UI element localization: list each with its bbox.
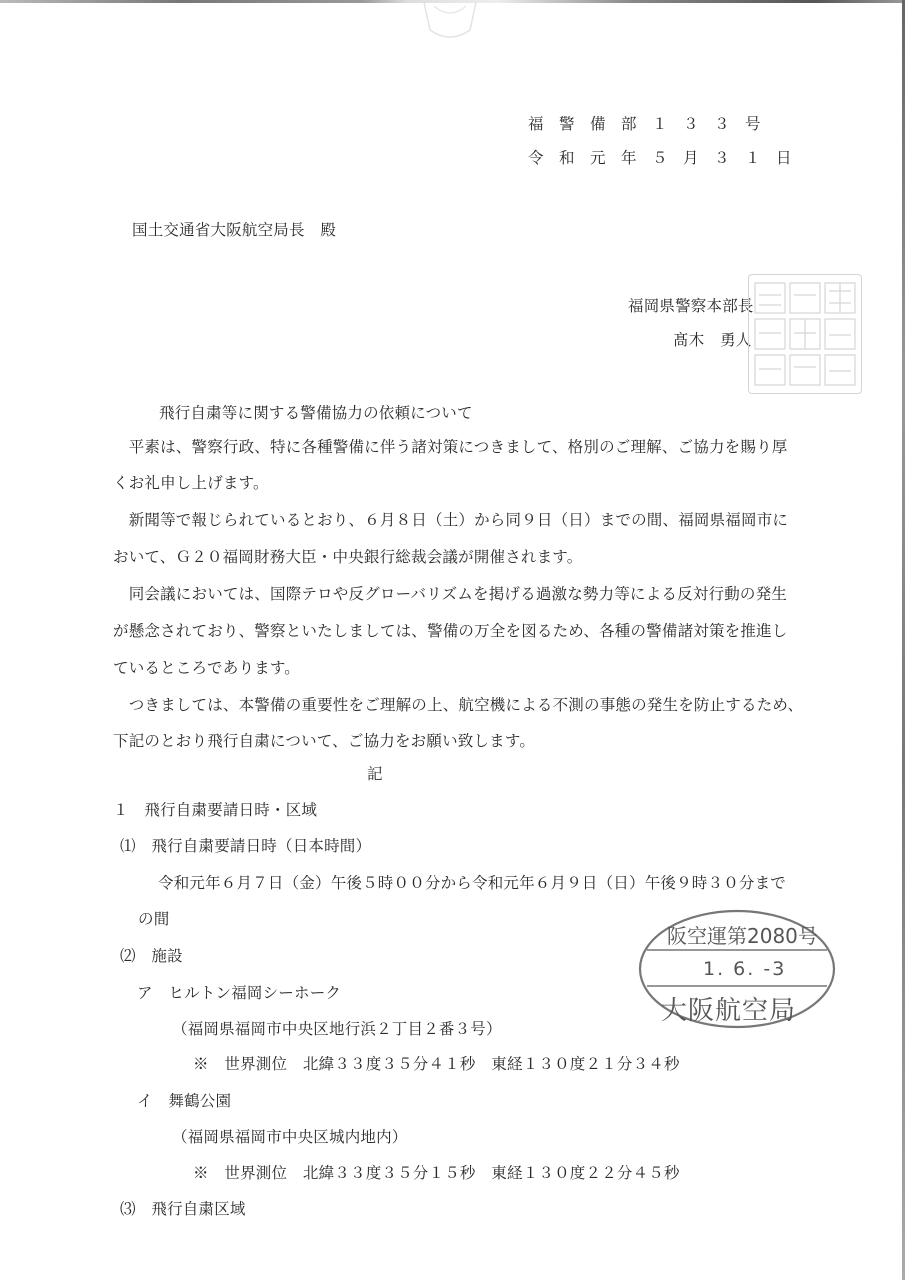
request-period-line1: 令和元年６月７日（金）午後５時００分から令和元年６月９日（日）午後９時３０分まで	[158, 873, 786, 893]
document-page: 福警備部１３３号 令和元年５月３１日 国土交通省大阪航空局長 殿 福岡県警察本部…	[0, 0, 905, 1280]
subsection-3-title: ⑶ 飛行自粛区域	[120, 1199, 246, 1219]
facility-b-address: （福岡県福岡市中央区城内地内）	[172, 1127, 408, 1147]
body-line: 下記のとおり飛行自粛について、ご協力をお願い致します。	[113, 731, 535, 751]
receipt-stamp: 阪空運第2080号 1. 6. -3 大阪航空局	[637, 908, 837, 1030]
ki-heading: 記	[367, 764, 383, 784]
body-line: が懸念されており、警察といたしましては、警備の万全を図るため、各種の警備諸対策を…	[113, 621, 787, 641]
body-line: 新聞等で報じられているとおり、６月８日（土）から同９日（日）までの間、福岡県福岡…	[113, 510, 788, 530]
facility-a-name: ア ヒルトン福岡シーホーク	[137, 983, 341, 1003]
official-seal-icon	[748, 274, 862, 394]
stamp-office-name: 大阪航空局	[661, 990, 796, 1027]
request-period-line2: の間	[138, 909, 169, 929]
facility-a-address: （福岡県福岡市中央区地行浜２丁目２番３号）	[172, 1019, 502, 1039]
facility-a-coordinates: ※ 世界測位 北緯３３度３５分４１秒 東経１３０度２１分３４秒	[193, 1054, 680, 1074]
bleed-through-emblem-icon	[420, 0, 480, 44]
document-date: 令和元年５月３１日	[528, 148, 807, 168]
sender-organization: 福岡県警察本部長	[628, 296, 754, 316]
body-line: つきましては、本警備の重要性をご理解の上、航空機による不測の事態の発生を防止する…	[113, 695, 803, 715]
subsection-2-title: ⑵ 施設	[120, 946, 183, 966]
stamp-receipt-number: 阪空運第2080号	[667, 920, 818, 949]
body-line: 同会議においては、国際テロや反グローバリズムを掲げる過激な勢力等による反対行動の…	[113, 584, 787, 604]
subsection-1-title: ⑴ 飛行自粛要請日時（日本時間）	[120, 836, 371, 856]
body-line: ているところであります。	[113, 658, 300, 678]
sender-name: 髙木 勇人	[673, 330, 752, 350]
body-line: くお礼申し上げます。	[113, 473, 269, 493]
section-1-title: １ 飛行自粛要請日時・区域	[113, 800, 317, 820]
body-line: 平素は、警察行政、特に各種警備に伴う諸対策につきまして、格別のご理解、ご協力を賜…	[113, 437, 787, 457]
body-line: おいて、Ｇ２０福岡財務大臣・中央銀行総裁会議が開催されます。	[113, 547, 582, 567]
reference-number: 福警備部１３３号	[528, 114, 776, 134]
addressee: 国土交通省大阪航空局長 殿	[132, 220, 336, 240]
stamp-received-date: 1. 6. -3	[703, 958, 786, 980]
facility-b-coordinates: ※ 世界測位 北緯３３度３５分１５秒 東経１３０度２２分４５秒	[193, 1163, 680, 1183]
facility-b-name: イ 舞鶴公園	[137, 1091, 231, 1111]
subject-title: 飛行自粛等に関する警備協力の依頼について	[159, 403, 473, 423]
